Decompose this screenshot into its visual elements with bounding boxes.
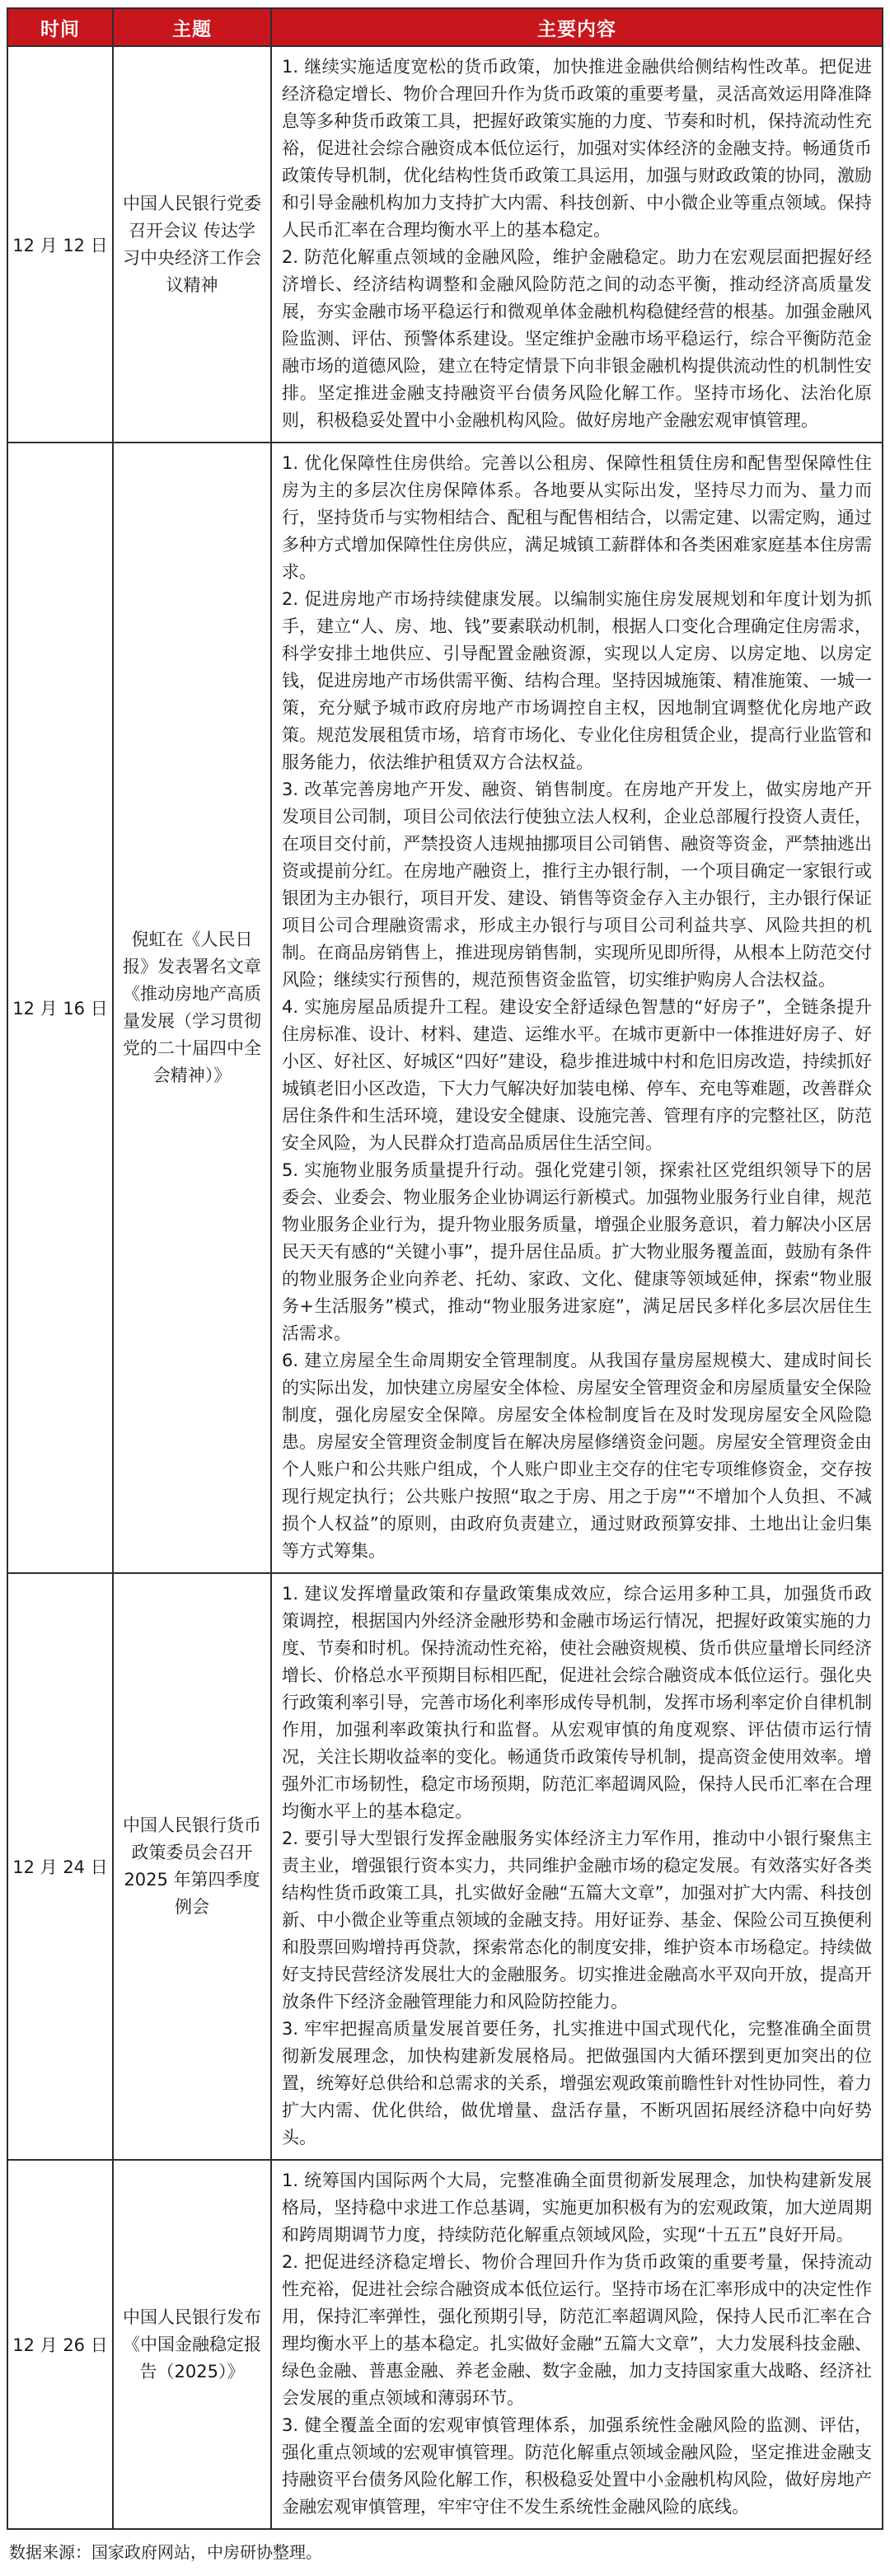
content-paragraph: 2. 要引导大型银行发挥金融服务实体经济主力军作用，推动中小银行聚焦主责主业，增…	[282, 1825, 872, 2016]
row-main-content: 1. 优化保障性住房供给。完善以公租房、保障性租赁住房和配售型保障性住房为主的多…	[271, 443, 883, 1573]
table-header-row: 时间 主题 主要内容	[7, 8, 883, 46]
row-topic: 倪虹在《人民日报》发表署名文章《推动房地产高质量发展（学习贯彻党的二十届四中全会…	[113, 443, 271, 1573]
row-main-content: 1. 建议发挥增量政策和存量政策集成效应，综合运用多种工具，加强货币政策调控，根…	[271, 1573, 883, 2160]
row-date: 12 月 16 日	[7, 443, 113, 1573]
content-paragraph: 3. 健全覆盖全面的宏观审慎管理体系，加强系统性金融风险的监测、评估，强化重点领…	[282, 2412, 872, 2521]
page: 时间 主题 主要内容 12 月 12 日中国人民银行党委召开会议 传达学习中央经…	[0, 0, 890, 2576]
row-topic: 中国人民银行党委召开会议 传达学习中央经济工作会议精神	[113, 46, 271, 443]
table-body: 12 月 12 日中国人民银行党委召开会议 传达学习中央经济工作会议精神1. 继…	[7, 46, 883, 2529]
row-date: 12 月 12 日	[7, 46, 113, 443]
header-main-content: 主要内容	[271, 8, 883, 46]
row-topic: 中国人民银行货币政策委员会召开 2025 年第四季度例会	[113, 1573, 271, 2160]
content-paragraph: 2. 防范化解重点领域的金融风险，维护金融稳定。助力在宏观层面把握好经济增长、经…	[282, 244, 872, 434]
row-main-content: 1. 统筹国内国际两个大局，完整准确全面贯彻新发展理念，加快构建新发展格局，坚持…	[271, 2160, 883, 2529]
content-paragraph: 2. 把促进经济稳定增长、物价合理回升作为货币政策的重要考量，保持流动性充裕，促…	[282, 2249, 872, 2412]
row-date: 12 月 24 日	[7, 1573, 113, 2160]
header-time: 时间	[7, 8, 113, 46]
data-source-note: 数据来源：国家政府网站，中房研协整理。	[7, 2530, 883, 2576]
table-row: 12 月 12 日中国人民银行党委召开会议 传达学习中央经济工作会议精神1. 继…	[7, 46, 883, 443]
table-row: 12 月 26 日中国人民银行发布《中国金融稳定报告（2025）》1. 统筹国内…	[7, 2160, 883, 2529]
row-topic: 中国人民银行发布《中国金融稳定报告（2025）》	[113, 2160, 271, 2529]
content-paragraph: 1. 建议发挥增量政策和存量政策集成效应，综合运用多种工具，加强货币政策调控，根…	[282, 1581, 872, 1825]
row-date: 12 月 26 日	[7, 2160, 113, 2529]
content-paragraph: 1. 优化保障性住房供给。完善以公租房、保障性租赁住房和配售型保障性住房为主的多…	[282, 450, 872, 586]
content-paragraph: 3. 改革完善房地产开发、融资、销售制度。在房地产开发上，做实房地产开发项目公司…	[282, 776, 872, 994]
header-topic: 主题	[113, 8, 271, 46]
content-paragraph: 5. 实施物业服务质量提升行动。强化党建引领，探索社区党组织领导下的居委会、业委…	[282, 1157, 872, 1347]
table-row: 12 月 16 日倪虹在《人民日报》发表署名文章《推动房地产高质量发展（学习贯彻…	[7, 443, 883, 1573]
content-paragraph: 2. 促进房地产市场持续健康发展。以编制实施住房发展规划和年度计划为抓手，建立“…	[282, 586, 872, 776]
content-paragraph: 1. 统筹国内国际两个大局，完整准确全面贯彻新发展理念，加快构建新发展格局，坚持…	[282, 2167, 872, 2249]
content-paragraph: 6. 建立房屋全生命周期安全管理制度。从我国存量房屋规模大、建成时间长的实际出发…	[282, 1347, 872, 1565]
row-main-content: 1. 继续实施适度宽松的货币政策，加快推进金融供给侧结构性改革。把促进经济稳定增…	[271, 46, 883, 443]
content-paragraph: 3. 牢牢把握高质量发展首要任务，扎实推进中国式现代化，完整准确全面贯彻新发展理…	[282, 2016, 872, 2152]
content-paragraph: 1. 继续实施适度宽松的货币政策，加快推进金融供给侧结构性改革。把促进经济稳定增…	[282, 54, 872, 244]
policy-table: 时间 主题 主要内容 12 月 12 日中国人民银行党委召开会议 传达学习中央经…	[7, 7, 883, 2530]
content-paragraph: 4. 实施房屋品质提升工程。建设安全舒适绿色智慧的“好房子”，全链条提升住房标准…	[282, 994, 872, 1157]
table-row: 12 月 24 日中国人民银行货币政策委员会召开 2025 年第四季度例会1. …	[7, 1573, 883, 2160]
